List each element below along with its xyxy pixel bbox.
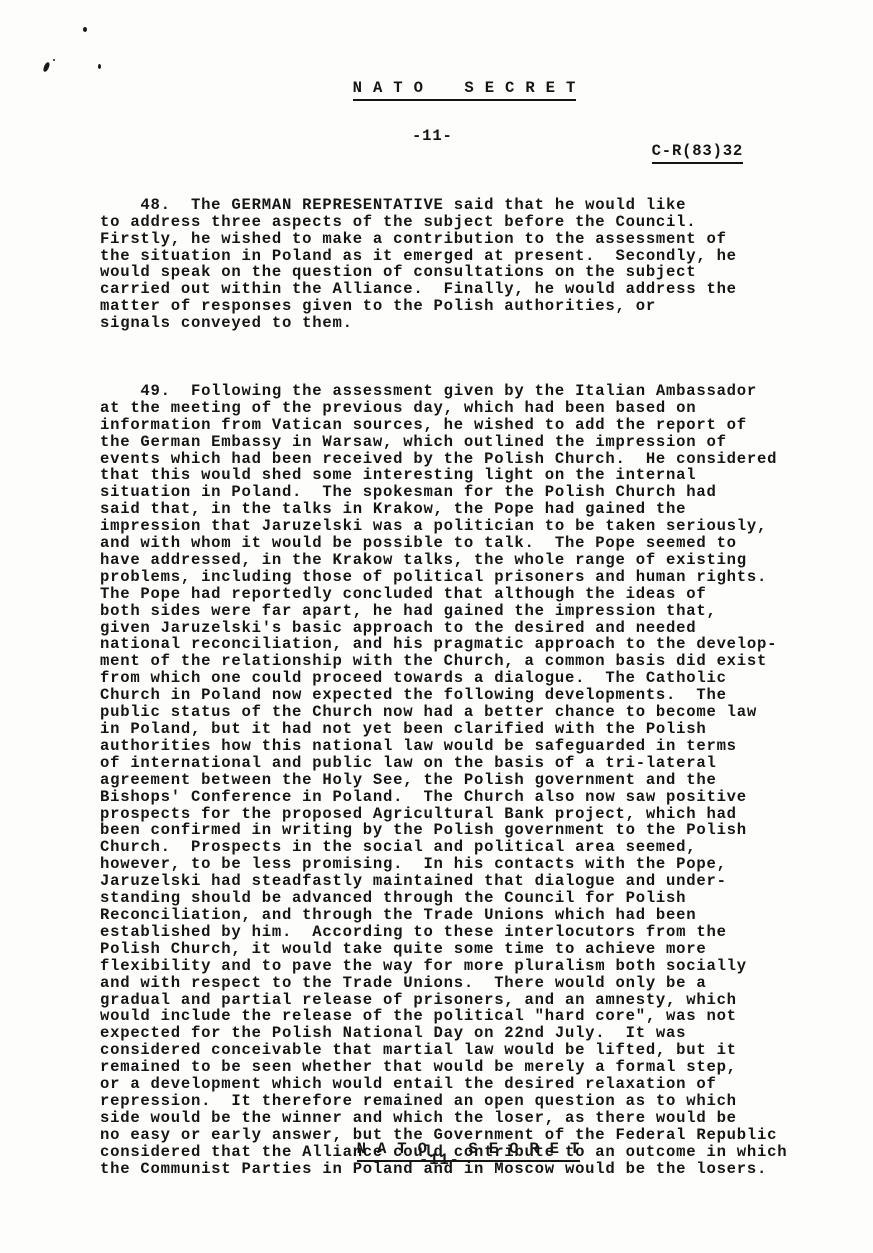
classification-text-top: N A T O S E C R E T <box>353 79 576 101</box>
classification-banner-top: N A T O S E C R E T <box>312 61 576 119</box>
ink-speck <box>98 64 101 69</box>
classification-text-bottom: N A T O S E C R E T <box>357 1140 580 1162</box>
paragraph-48: 48. The GERMAN REPRESENTATIVE said that … <box>100 197 787 332</box>
ink-speck <box>83 27 87 32</box>
page-number-bottom: -11- <box>419 1151 460 1169</box>
page-number-top: -11- <box>412 127 453 145</box>
ink-speck <box>53 59 55 61</box>
document-page: N A T O S E C R E T -11- C-R(83)32 48. T… <box>0 0 873 1253</box>
document-body: 48. The GERMAN REPRESENTATIVE said that … <box>100 163 787 1211</box>
paragraph-49: 49. Following the assessment given by th… <box>100 383 787 1178</box>
ink-speck <box>43 62 50 73</box>
document-reference-text: C-R(83)32 <box>652 142 743 164</box>
